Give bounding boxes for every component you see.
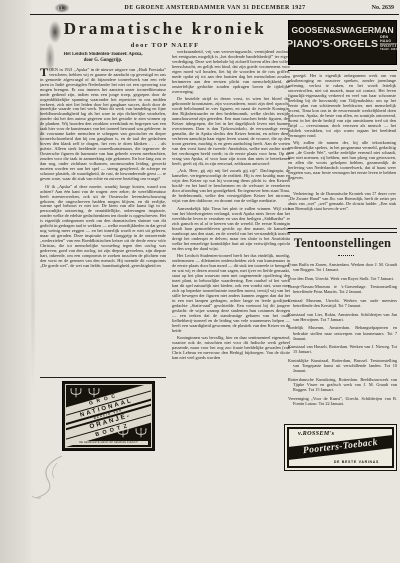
correction-note: Verbetering: In de Dramatische Kroniek v…	[288, 191, 396, 211]
article-paragraph: Wij zullen de namen der, bij alle tekort…	[288, 141, 396, 181]
pencil-sketch	[20, 452, 82, 504]
rossem-ad-tagline: DE BESTE VARINAS	[334, 460, 379, 464]
masthead-rule	[30, 14, 399, 15]
goosen-ad-line2: PIANO'S·ORGELS	[286, 38, 378, 50]
exhibition-item: Kunstzaal van Lier, Rokin, Amsterdam. Sc…	[288, 312, 397, 322]
drop-cap: T	[40, 68, 48, 77]
section-rule-thick	[288, 228, 397, 229]
issue-number: No. 2639	[372, 5, 394, 11]
heading-divider	[338, 255, 354, 256]
rossem-ad-frame: v.ROSSEM's Poorters-Toeback DE BESTE VAR…	[287, 427, 394, 468]
goosen-ad-phone: TELEF. 1904	[380, 49, 399, 52]
masthead-title: DE GROENE AMSTERDAMMER VAN 31 DECEMBER 1…	[30, 5, 400, 11]
candelabra-icon	[87, 388, 101, 398]
goosen-swagerman-ad: GOOSEN&SWAGERMAN PIANO'S·ORGELS DEN HAAG…	[288, 20, 397, 65]
article-paragraph: Of ik „Apska” al deze moeite, waarbij ho…	[40, 185, 166, 269]
page-number: 13.	[57, 6, 64, 12]
article-paragraph: De bezielde strijd in dezen vorst, in wi…	[172, 97, 290, 167]
groc-ad-frame: GROC NATIONAAL BEREID VAN ORANJE- BOOTZ …	[65, 384, 152, 448]
article-byline: door TOP NAEFF	[40, 42, 290, 49]
exhibition-item: Frans Buffa en Zonen, Amsterdam. Werken …	[288, 262, 397, 272]
dateline-line2: door G. Gonggrijp.	[40, 58, 166, 64]
rossem-toeback-ad: v.ROSSEM's Poorters-Toeback DE BESTE VAR…	[284, 424, 397, 471]
article-title: Dramatische kroniek	[40, 19, 290, 39]
article-paragraph: Het Leidsch Studenten-tooneel heeft het …	[172, 254, 290, 334]
article-paragraph: „Ach, Heer, gij zijt mij lief zooals gij…	[172, 169, 290, 204]
candelabra-icon	[134, 428, 148, 438]
article-column-right: gezegd. Het is eigenlijk onbegonnen werk…	[288, 74, 396, 187]
article-paragraph: Aanvankelijk lijkt Tima het pleit te zul…	[172, 207, 290, 252]
newspaper-page: 13. DE GROENE AMSTERDAMMER VAN 31 DECEMB…	[0, 0, 400, 563]
opening-paragraph-text: OEN in 1921 „Apska” in de nieuwe uitgave…	[40, 67, 166, 181]
column-rule	[288, 70, 397, 71]
groc-nationaal-ad: GROC NATIONAAL BEREID VAN ORANJE- BOOTZ …	[62, 381, 155, 451]
exhibition-item: Centraal Museum, Utrecht. Werken van oud…	[288, 298, 397, 308]
article-opening-paragraph: TOEN in 1921 „Apska” in de nieuwe uitgav…	[40, 68, 166, 182]
exhibitions-heading: Tentoonstellingen	[288, 236, 397, 251]
article-paragraph: Koninginnen was bevallig, hier en daar s…	[172, 336, 290, 361]
column-rule	[40, 377, 166, 378]
exhibition-item: Kunstzaal van Hasselt, Rotterdam. Werken…	[288, 344, 397, 354]
article-paragraph: werkzaamheid, vrij van veroveringszucht,…	[172, 50, 290, 95]
article-column-middle: werkzaamheid, vrij van veroveringszucht,…	[172, 50, 290, 458]
rossem-ad-brand: v.ROSSEM's	[298, 430, 334, 437]
rossem-ad-banner: Poorters-Toeback	[287, 434, 394, 460]
exhibition-item: Voor den Dom, Utrecht. Werk van Royer St…	[288, 276, 397, 281]
goosen-ad-address: DEN HAAG BOEKHORST- STRAAT 1-3 TELEF. 19…	[380, 36, 399, 52]
exhibition-item: Stedelijk Museum, Amsterdam. Behangselpa…	[288, 325, 397, 340]
exhibition-item: Rotterdamsche Kunstkring, Rotterdam. Bee…	[288, 377, 397, 392]
article-column-left: Het Leidsch Studenten-Tooneel: Apska, do…	[40, 52, 166, 374]
exhibition-item: Koninklijke Kunstzaal, Rotterdam, Brusse…	[288, 358, 397, 373]
exhibition-item: Oranje-Nassau-Museum te 's-Gravenhage. T…	[288, 284, 397, 294]
candelabra-icon	[69, 388, 83, 398]
article-dateline: Het Leidsch Studenten-Tooneel: Apska, do…	[40, 52, 166, 64]
section-rule-thin	[288, 232, 397, 233]
goosen-ad-line1: GOOSEN&SWAGERMAN	[292, 25, 394, 35]
groc-ad-caption: DE GEURIGSTE GROC OP KEURIGE FLESCH	[69, 441, 148, 444]
article-paragraph: gezegd. Het is eigenlijk onbegonnen werk…	[288, 74, 396, 139]
exhibitions-list: Frans Buffa en Zonen, Amsterdam. Werken …	[288, 262, 397, 420]
exhibition-item: Vereeniging „Voor de Kunst”, Utrecht. Sc…	[288, 396, 397, 406]
